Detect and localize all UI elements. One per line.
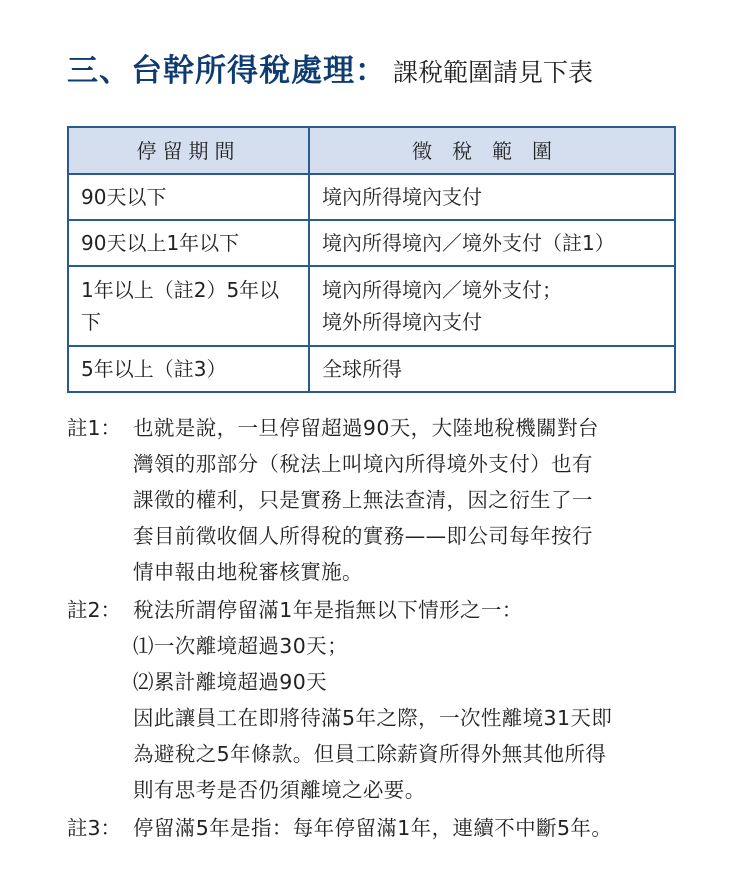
cell-scope: 全球所得 xyxy=(309,346,675,392)
footnote-3: 註3： 停留滿5年是指：每年停留滿1年，連續不中斷5年。 xyxy=(67,810,687,846)
footnote-body: 停留滿5年是指：每年停留滿1年，連續不中斷5年。 xyxy=(133,810,687,846)
cell-scope-line: 境內所得境內／境外支付； xyxy=(322,274,662,306)
table-header-row: 停留期間 徵稅範圍 xyxy=(68,127,675,174)
footnote-label: 註1： xyxy=(67,410,133,590)
footnote-1: 註1： 也就是說，一旦停留超過90天，大陸地稅機關對台 灣領的那部分（稅法上叫境… xyxy=(67,410,687,590)
footnote-line: ⑴一次離境超過30天； xyxy=(133,628,687,664)
cell-period: 90天以上1年以下 xyxy=(68,220,309,266)
footnote-body: 也就是說，一旦停留超過90天，大陸地稅機關對台 灣領的那部分（稅法上叫境內所得境… xyxy=(133,410,687,590)
footnote-line: 套目前徵收個人所得稅的實務——即公司每年按行 xyxy=(133,518,687,554)
header-tax-scope: 徵稅範圍 xyxy=(309,127,675,174)
footnote-line: 灣領的那部分（稅法上叫境內所得境外支付）也有 xyxy=(133,446,687,482)
footnote-line: 因此讓員工在即將待滿5年之際，一次性離境31天即 xyxy=(133,700,687,736)
cell-period: 90天以下 xyxy=(68,174,309,220)
table-row: 1年以上（註2）5年以下 境內所得境內／境外支付； 境外所得境內支付 xyxy=(68,266,675,346)
header-stay-period: 停留期間 xyxy=(68,127,309,174)
footnote-line: 也就是說，一旦停留超過90天，大陸地稅機關對台 xyxy=(133,410,687,446)
footnote-2: 註2： 稅法所謂停留滿1年是指無以下情形之一： ⑴一次離境超過30天； ⑵累計離… xyxy=(67,592,687,808)
footnotes: 註1： 也就是說，一旦停留超過90天，大陸地稅機關對台 灣領的那部分（稅法上叫境… xyxy=(67,410,687,846)
table-row: 5年以上（註3） 全球所得 xyxy=(68,346,675,392)
footnote-line: 為避稅之5年條款。但員工除薪資所得外無其他所得 xyxy=(133,736,687,772)
footnote-line: 課徵的權利，只是實務上無法查清，因之衍生了一 xyxy=(133,482,687,518)
table-row: 90天以下 境內所得境內支付 xyxy=(68,174,675,220)
footnote-line: 停留滿5年是指：每年停留滿1年，連續不中斷5年。 xyxy=(133,810,687,846)
footnote-line: 稅法所謂停留滿1年是指無以下情形之一： xyxy=(133,592,687,628)
footnote-label: 註3： xyxy=(67,810,133,846)
cell-scope: 境內所得境內／境外支付； 境外所得境內支付 xyxy=(309,266,675,346)
cell-period: 1年以上（註2）5年以下 xyxy=(68,266,309,346)
cell-scope-line: 境外所得境內支付 xyxy=(322,306,662,338)
footnote-line: 情申報由地稅審核實施。 xyxy=(133,554,687,590)
table-row: 90天以上1年以下 境內所得境內／境外支付（註1） xyxy=(68,220,675,266)
cell-scope: 境內所得境內支付 xyxy=(309,174,675,220)
cell-period: 5年以上（註3） xyxy=(68,346,309,392)
section-title-sub: 課稅範圍請見下表 xyxy=(393,58,593,87)
tax-scope-table: 停留期間 徵稅範圍 90天以下 境內所得境內支付 90天以上1年以下 境內所得境… xyxy=(67,126,676,393)
footnote-body: 稅法所謂停留滿1年是指無以下情形之一： ⑴一次離境超過30天； ⑵累計離境超過9… xyxy=(133,592,687,808)
footnote-line: ⑵累計離境超過90天 xyxy=(133,664,687,700)
footnote-line: 則有思考是否仍須離境之必要。 xyxy=(133,772,687,808)
section-title: 三、台幹所得稅處理：課稅範圍請見下表 xyxy=(67,46,593,101)
cell-scope: 境內所得境內／境外支付（註1） xyxy=(309,220,675,266)
footnote-label: 註2： xyxy=(67,592,133,808)
section-title-main: 三、台幹所得稅處理： xyxy=(67,53,387,89)
